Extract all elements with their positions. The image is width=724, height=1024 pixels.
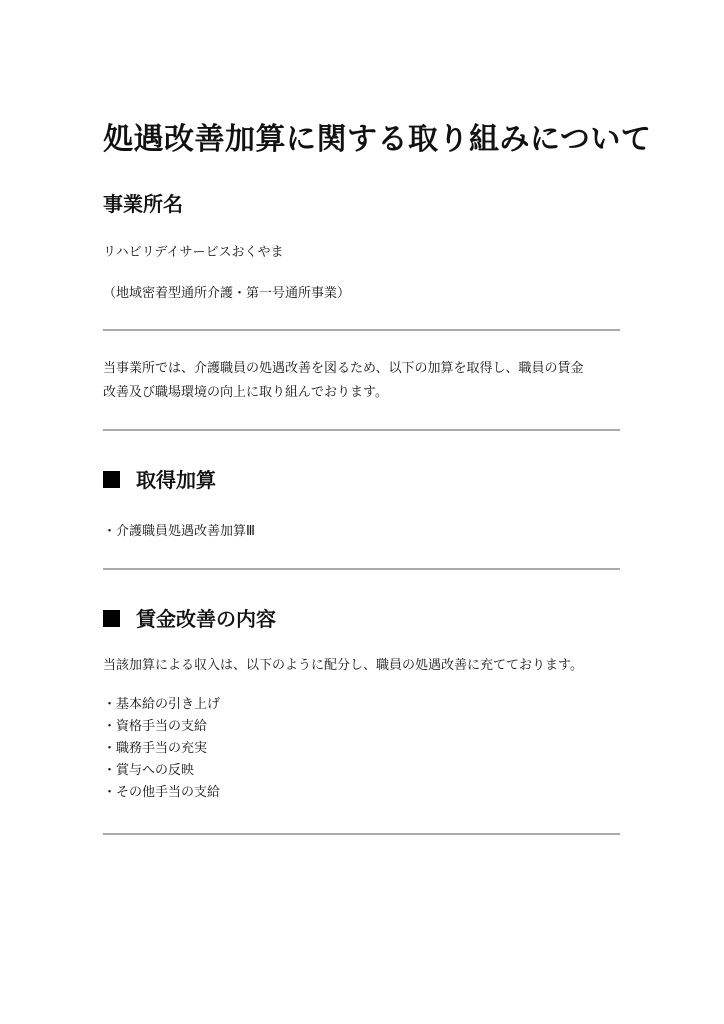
- intro-line-1: 当事業所では、介護職員の処遇改善を図るため、以下の加算を取得し、職員の賃金: [103, 359, 583, 379]
- acquired-item: ・介護職員処遇改善加算Ⅲ: [103, 522, 255, 542]
- divider: [103, 568, 620, 570]
- office-type: （地域密着型通所介護・第一号通所事業）: [103, 284, 350, 304]
- divider: [103, 833, 620, 835]
- acquired-heading-text: 取得加算: [136, 468, 216, 492]
- wage-description: 当該加算による収入は、以下のように配分し、職員の処遇改善に充てております。: [103, 656, 583, 676]
- page-title: 処遇改善加算に関する取り組みについて: [103, 120, 651, 160]
- list-item: ・職務手当の充実: [103, 738, 220, 760]
- office-name-heading: 事業所名: [103, 190, 183, 218]
- square-bullet-icon: [103, 471, 120, 488]
- intro-line-2: 改善及び職場環境の向上に取り組んでおります。: [103, 383, 388, 403]
- acquired-section-heading: 取得加算: [103, 466, 216, 494]
- list-item: ・その他手当の支給: [103, 782, 220, 804]
- divider: [103, 429, 620, 431]
- list-item: ・賞与への反映: [103, 760, 220, 782]
- wage-items-list: ・基本給の引き上げ ・資格手当の支給 ・職務手当の充実 ・賞与への反映 ・その他…: [103, 694, 220, 804]
- office-name: リハビリデイサービスおくやま: [103, 243, 283, 263]
- divider: [103, 329, 620, 331]
- list-item: ・資格手当の支給: [103, 716, 220, 738]
- wage-heading-text: 賃金改善の内容: [136, 607, 276, 631]
- list-item: ・基本給の引き上げ: [103, 694, 220, 716]
- wage-section-heading: 賃金改善の内容: [103, 605, 276, 633]
- square-bullet-icon: [103, 610, 120, 627]
